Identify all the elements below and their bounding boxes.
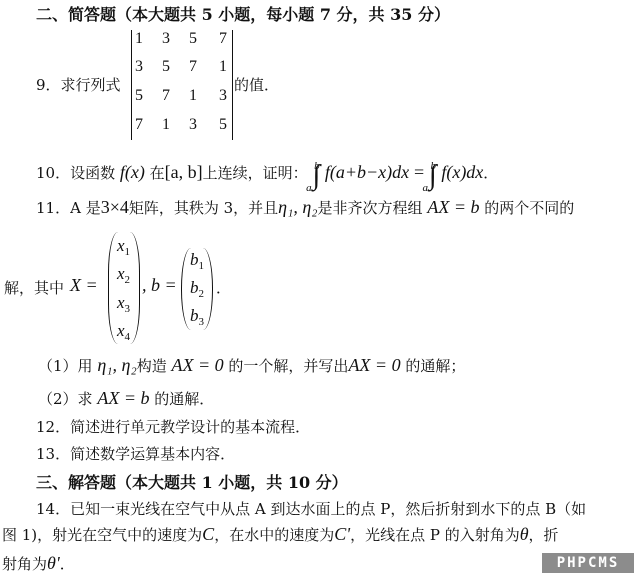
q13: 13．简述数学运算基本内容． <box>36 443 235 464</box>
q11-text: （1）用 <box>38 357 93 375</box>
det-cell: 3 <box>189 116 197 134</box>
q11-part1: （1）用 η₁, η₂构造 AX = 0 的一个解，并写出AX = 0 的通解； <box>38 355 465 376</box>
det-cell: 3 <box>135 58 143 76</box>
det-cell: 5 <box>189 30 197 48</box>
q11-line2-prefix: 解，其中 <box>4 277 64 298</box>
x-label: X = <box>70 275 98 296</box>
q14-line1: 14．已知一束光线在空气中从点 A 到达水面上的点 P，然后折射到水下的点 B（… <box>36 498 586 519</box>
q10-eq: = <box>414 162 424 182</box>
upper-limit: b <box>431 160 437 172</box>
upper-limit: b <box>314 160 320 172</box>
lower-limit: a <box>306 182 312 194</box>
q11-line2-end: ． <box>216 277 231 298</box>
q11-etas: η₁, η₂ <box>278 197 317 217</box>
q11-text: 构造 <box>137 357 167 375</box>
det-cell: 1 <box>162 116 170 134</box>
q14-line2: 图 1)，射光在空气中的速度为C，在水中的速度为C'，光线在点 P 的入射角为θ… <box>2 524 559 545</box>
vec-entry: x4 <box>117 321 130 343</box>
q11-text: 的通解． <box>154 390 214 408</box>
det-cell: 5 <box>162 58 170 76</box>
det-cell: 1 <box>219 58 227 76</box>
q14-text: ，光线在点 P 的入射角为 <box>350 526 520 544</box>
q12: 12．简述进行单元教学设计的基本流程． <box>36 416 310 437</box>
var-theta: θ <box>520 524 529 544</box>
vec-entry: b2 <box>190 278 204 300</box>
var-theta-prime: θ' <box>47 553 60 573</box>
vec-entry: x1 <box>117 236 130 258</box>
q10-end: ． <box>483 164 498 182</box>
q10-interval: [a, b] <box>165 162 203 182</box>
q11-text: 的一个解，并写出 <box>228 357 348 375</box>
vec-entry: b3 <box>190 306 204 328</box>
det-cell: 3 <box>219 87 227 105</box>
var-c-prime: C' <box>334 524 350 544</box>
q11-etas: η₁, η₂ <box>97 355 136 375</box>
q11-eqn: AX = b <box>427 197 479 217</box>
q10-mid2: 上连续，证明： <box>203 164 308 182</box>
q11-eq: AX = 0 <box>172 355 224 375</box>
lower-limit: a <box>423 182 429 194</box>
q10-rhs: f(x)dx <box>441 162 483 182</box>
det-cell: 5 <box>135 87 143 105</box>
q9-prefix: 9．求行列式 <box>36 74 121 95</box>
vec-entry: x3 <box>117 293 130 315</box>
q11-eq: AX = b <box>97 388 149 408</box>
q11-text: 11．A 是 <box>36 199 101 217</box>
q11-line1: 11．A 是3×4矩阵，其秩为 3，并且η₁, η₂是非齐次方程组 AX = b… <box>36 197 574 218</box>
det-cell: 7 <box>162 87 170 105</box>
phpcms-watermark: PHPCMS <box>542 553 634 573</box>
section-3-heading: 三、解答题（本大题共 1 小题，共 10 分） <box>36 470 348 493</box>
det-cell: 7 <box>189 58 197 76</box>
b-label: , b = <box>142 275 177 296</box>
q14-text: ． <box>60 555 75 573</box>
q14-text: 射角为 <box>2 555 47 573</box>
q11-text: 是非齐次方程组 <box>318 199 423 217</box>
q9-suffix: 的值． <box>234 74 279 95</box>
determinant-4x4: 1 3 5 7 3 5 7 1 5 7 1 3 7 1 3 5 <box>131 30 233 140</box>
q10-mid1: 在 <box>150 164 165 182</box>
q11-part2: （2）求 AX = b 的通解． <box>38 388 214 409</box>
var-c: C <box>202 524 214 544</box>
det-cell: 7 <box>219 30 227 48</box>
det-cell: 1 <box>189 87 197 105</box>
q10-prefix: 10．设函数 <box>36 164 115 182</box>
vec-entry: b1 <box>190 250 204 272</box>
det-cell: 7 <box>135 116 143 134</box>
q14-text: ，在水中的速度为 <box>214 526 334 544</box>
section-2-heading: 二、简答题（本大题共 5 小题，每小题 7 分，共 35 分） <box>36 2 450 25</box>
q11-text: 矩阵，其秩为 3，并且 <box>129 199 278 217</box>
vec-entry: x2 <box>117 264 130 286</box>
q14-text: ，折 <box>529 526 559 544</box>
q11-text: 的两个不同的 <box>484 199 574 217</box>
det-cell: 1 <box>135 30 143 48</box>
det-cell: 5 <box>219 116 227 134</box>
q10-line: 10．设函数 f(x) 在[a, b]上连续，证明： ∫ba f(a+b−x)d… <box>36 160 498 192</box>
q10-lhs: f(a+b−x)dx <box>325 162 409 182</box>
q11-text: 的通解； <box>405 357 465 375</box>
q14-text: 图 1)，射光在空气中的速度为 <box>2 526 202 544</box>
q10-fx: f(x) <box>120 162 145 182</box>
q14-line3: 射角为θ'． <box>2 553 75 574</box>
det-cell: 3 <box>162 30 170 48</box>
q11-dims: 3×4 <box>101 197 129 217</box>
q11-text: （2）求 <box>38 390 93 408</box>
q11-eq: AX = 0 <box>348 355 400 375</box>
